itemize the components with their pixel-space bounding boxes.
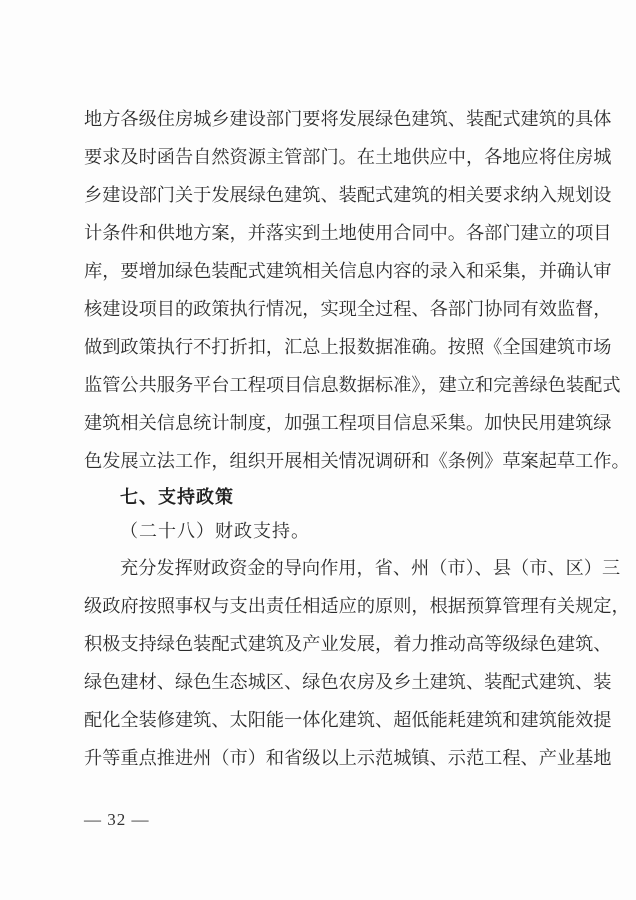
document-page: 地方各级住房城乡建设部门要将发展绿色建筑、装配式建筑的具体 要求及时函告自然资源… [0, 0, 636, 900]
body-text-line: 积极支持绿色装配式建筑及产业发展，着力推动高等级绿色建筑、 [84, 633, 556, 657]
body-text-line: 乡建设部门关于发展绿色建筑、装配式建筑的相关要求纳入规划设 [84, 184, 556, 208]
body-text-line: 核建设项目的政策执行情况，实现全过程、各部门协同有效监督， [84, 298, 556, 322]
body-text-line: 库，要增加绿色装配式建筑相关信息内容的录入和采集，并确认审 [84, 260, 556, 284]
body-text-line: 绿色建材、绿色生态城区、绿色农房及乡土建筑、装配式建筑、装 [84, 671, 556, 695]
body-text-line: 建筑相关信息统计制度，加强工程项目信息采集。加快民用建筑绿 [84, 412, 556, 436]
body-text-line: 做到政策执行不打折扣，汇总上报数据准确。按照《全国建筑市场 [84, 336, 556, 360]
body-text-line: 充分发挥财政资金的导向作用，省、州（市）、县（市、区）三 [120, 557, 556, 581]
page-number: — 32 — [84, 808, 150, 832]
subsection-heading: （二十八）财政支持。 [120, 520, 310, 544]
body-text-line: 要求及时函告自然资源主管部门。在土地供应中，各地应将住房城 [84, 146, 556, 170]
body-text-line: 配化全装修建筑、太阳能一体化建筑、超低能耗建筑和建筑能效提 [84, 709, 556, 733]
body-text-line: 级政府按照事权与支出责任相适应的原则，根据预算管理有关规定， [84, 595, 556, 619]
body-text-line: 色发展立法工作，组织开展相关情况调研和《条例》草案起草工作。 [84, 450, 556, 474]
section-heading: 七、支持政策 [120, 486, 234, 510]
body-text-line: 计条件和供地方案，并落实到土地使用合同中。各部门建立的项目 [84, 222, 556, 246]
body-text-line: 监管公共服务平台工程项目信息数据标准》，建立和完善绿色装配式 [84, 374, 556, 398]
body-text-line: 地方各级住房城乡建设部门要将发展绿色建筑、装配式建筑的具体 [84, 108, 556, 132]
body-text-line: 升等重点推进州（市）和省级以上示范城镇、示范工程、产业基地 [84, 747, 556, 771]
